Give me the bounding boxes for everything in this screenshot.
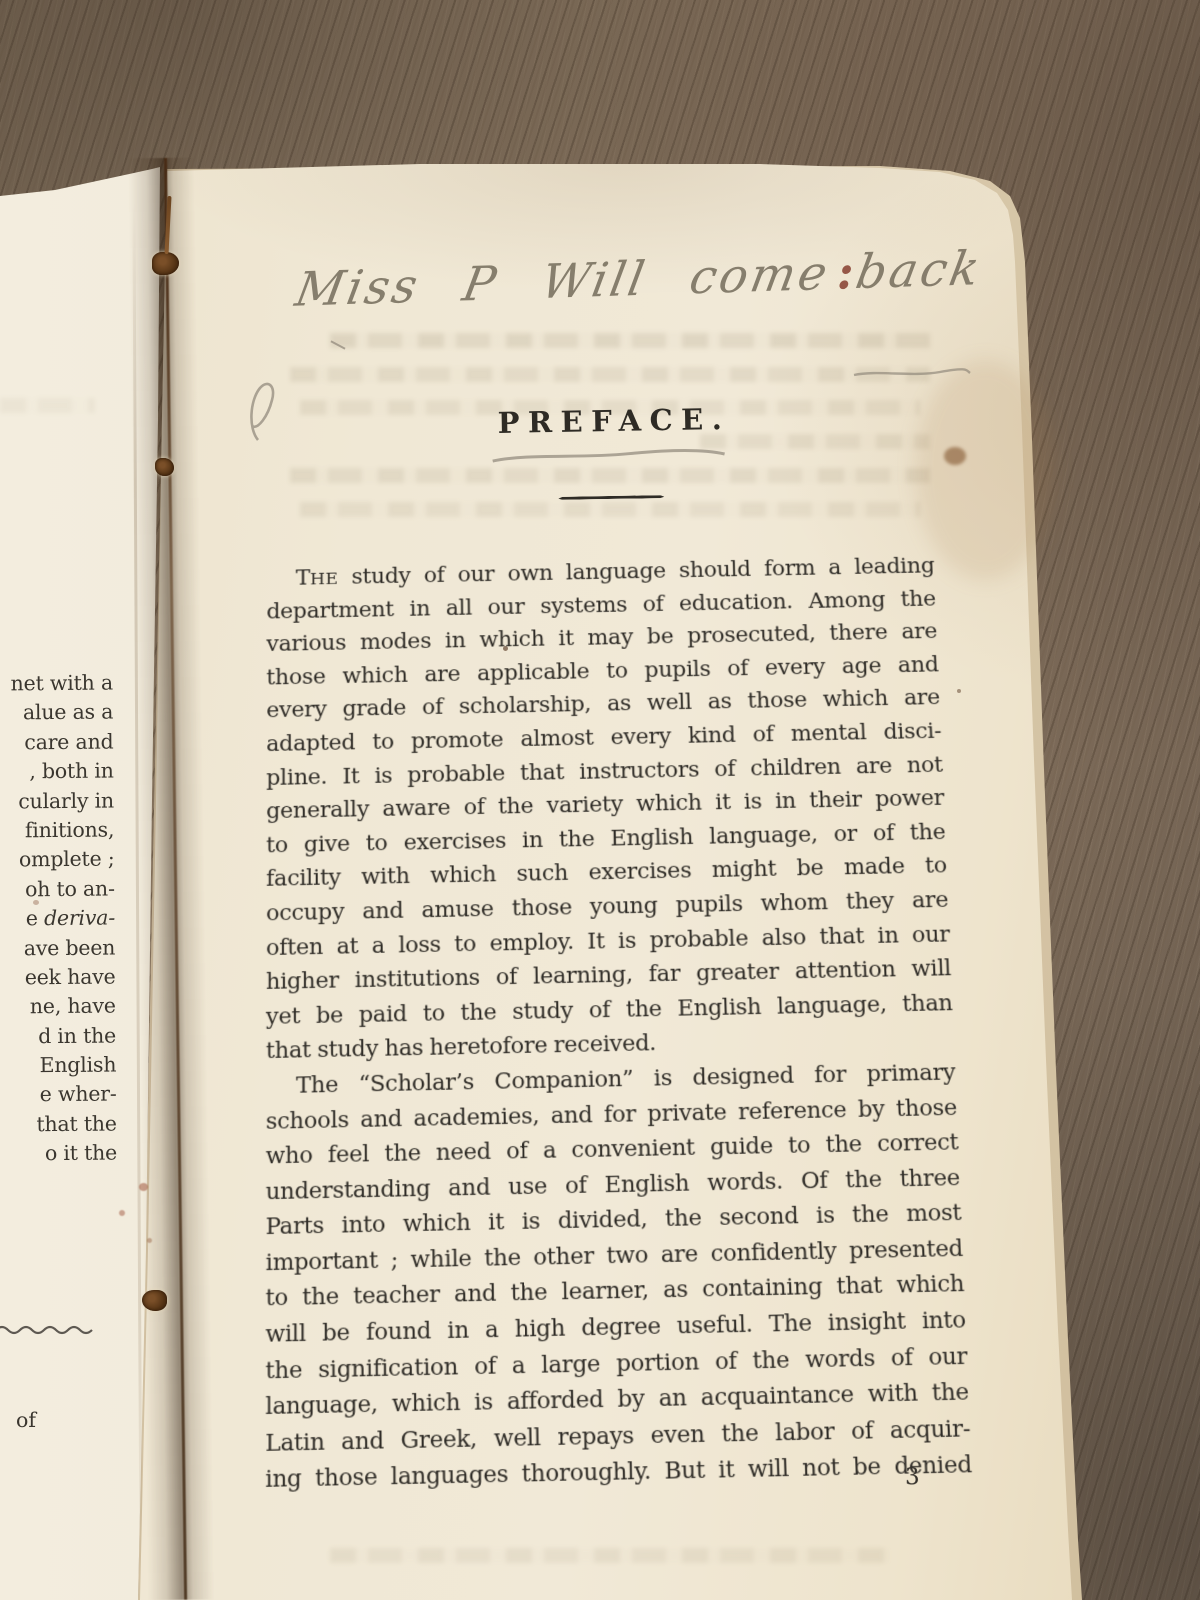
handwriting-text: back [852, 241, 987, 300]
fragment-line: that the [2, 1109, 120, 1139]
lead-capital: T [296, 565, 310, 590]
fragment-line: of [16, 1408, 36, 1432]
fragment-line: , both in [0, 757, 117, 787]
bleedthrough-row [290, 468, 930, 483]
paragraph-indent [266, 1093, 296, 1094]
photo-of-book-page: Miss P Will come:back PREFACE. THE study… [0, 0, 1200, 1600]
fragment-line: ne, have [1, 992, 119, 1022]
stitch-hole-middle [155, 458, 174, 476]
lead-smallcaps: HE [310, 570, 338, 589]
foxing-spot [147, 1238, 152, 1243]
fragment-line: care and [0, 727, 117, 757]
fragment-text: e [26, 906, 44, 930]
fragment-line: omplete ; [0, 845, 118, 875]
left-fragments-bottom: ave beeneek havene, haved in theEnglishe… [0, 933, 120, 1169]
paragraph-indent [266, 585, 295, 586]
foxing-spot [119, 1210, 125, 1216]
fragment-italic-text: deriva- [44, 906, 115, 931]
fragment-line: eek have [0, 962, 118, 992]
pencil-underline-icon [852, 366, 972, 380]
wavy-rule-icon [0, 1322, 98, 1336]
left-fragments-top: net with aalue as acare and, both incula… [0, 668, 118, 904]
bleedthrough-row [330, 1548, 890, 1563]
bleedthrough-row [700, 434, 930, 449]
bleedthrough-row [0, 398, 95, 413]
preface-paragraph-2: The “Scholar’s Companion” is designed fo… [265, 1055, 972, 1498]
stitch-hole-bottom [142, 1290, 167, 1311]
fragment-line: cularly in [0, 786, 117, 816]
page-number: 3 [905, 1464, 945, 1491]
fragment-line: finitions, [0, 815, 117, 845]
preface-paragraph-1: THE study of our own language should for… [266, 550, 955, 1069]
gutter-crease-line [164, 158, 187, 1600]
fragment-line: net with a [0, 668, 116, 698]
body-text: THE study of our own language should for… [265, 550, 972, 1499]
stain [915, 360, 1055, 580]
bleedthrough-row [290, 367, 930, 382]
fragment-line: e deriva- [0, 904, 118, 934]
bleedthrough-row [330, 333, 930, 348]
fragment-line: o it the [2, 1139, 120, 1169]
fragment-line: oh to an- [0, 874, 118, 904]
fragment-line: ave been [0, 933, 118, 963]
fragment-line: d in the [1, 1021, 119, 1051]
fragment-line: alue as a [0, 698, 116, 728]
bleedthrough-row [300, 502, 920, 517]
left-page-fragments: net with aalue as acare and, both incula… [0, 668, 120, 1169]
fragment-line: English [1, 1051, 119, 1081]
ink-fleck [957, 689, 961, 693]
stain-spot [944, 447, 966, 465]
foxing-spot [139, 1183, 148, 1191]
fragment-line: e wher- [1, 1080, 119, 1110]
